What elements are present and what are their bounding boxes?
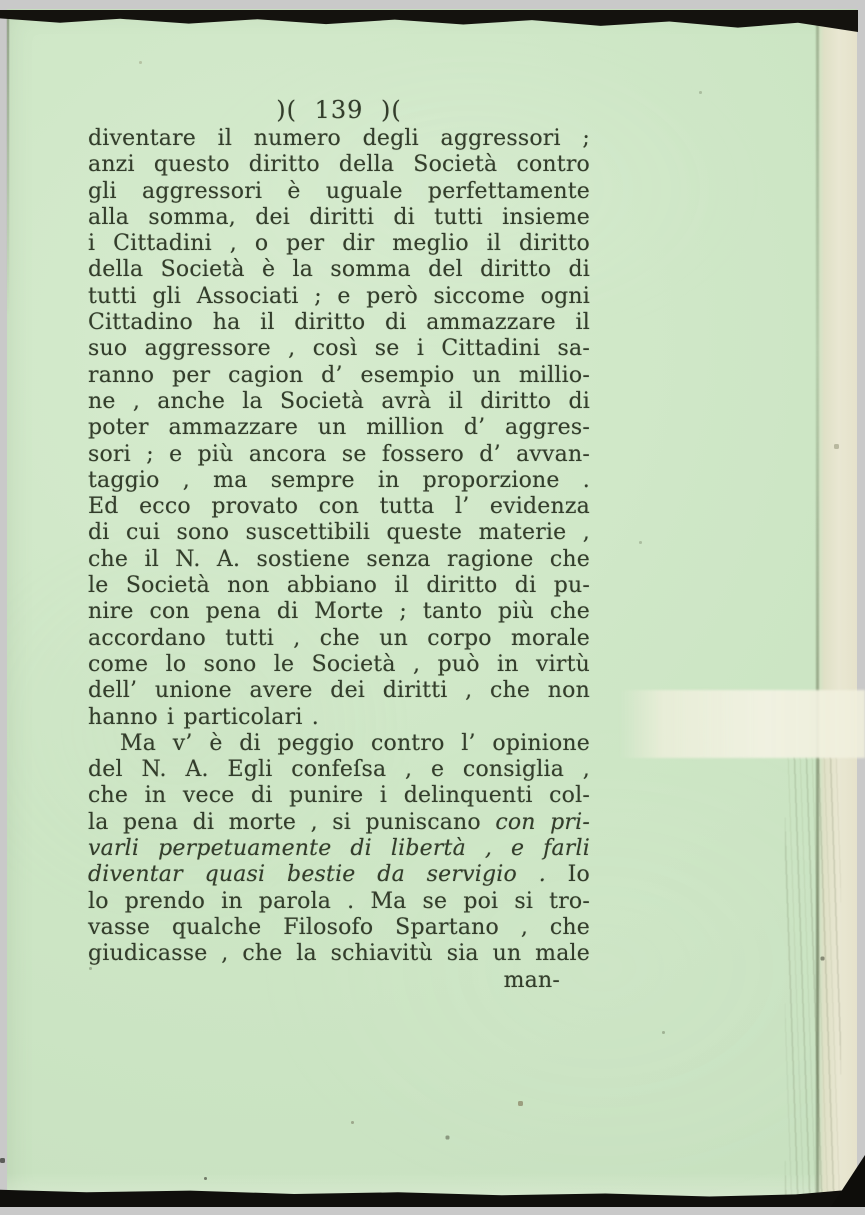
text-line: varli perpetuamente di libertà , e farli — [88, 836, 590, 862]
text-line: ne , anche la Società avrà il diritto di — [88, 389, 590, 415]
text-segment: Io — [546, 862, 590, 887]
italic-text-segment: con pri- — [495, 810, 590, 835]
text-segment: del N. A. Egli confeſsa , e consiglia , — [88, 757, 590, 782]
text-line: accordano tutti , che un corpo morale — [88, 626, 590, 652]
text-line: suo aggressore , così se i Cittadini sa- — [88, 336, 590, 362]
text-segment: vasse qualche Filosofo Spartano , che — [88, 915, 590, 940]
text-line: Ed ecco provato con tutta l’ evidenza — [88, 494, 590, 520]
text-segment: che in vece di punire i delinquenti col- — [88, 783, 590, 808]
text-segment: come lo sono le Società , può in virtù — [88, 652, 590, 677]
text-line: giudicasse , che la schiavitù sia un mal… — [88, 941, 590, 967]
text-line: taggio , ma sempre in proporzione . — [88, 468, 590, 494]
text-segment: man- — [504, 968, 560, 993]
text-line: vasse qualche Filosofo Spartano , che — [88, 915, 590, 941]
italic-text-segment: varli perpetuamente di libertà , e farli — [88, 836, 590, 861]
text-segment: lo prendo in parola . Ma se poi si tro- — [88, 889, 590, 914]
text-segment: i Cittadini , o per dir meglio il diritt… — [88, 231, 590, 256]
page-number: )( 139 )( — [88, 96, 590, 124]
text-segment: diventare il numero degli aggressori ; — [88, 126, 590, 151]
text-line: che in vece di punire i delinquenti col- — [88, 783, 590, 809]
text-segment: ne , anche la Società avrà il diritto di — [88, 389, 590, 414]
text-line: alla somma, dei diritti di tutti insieme — [88, 205, 590, 231]
text-line: come lo sono le Società , può in virtù — [88, 652, 590, 678]
text-segment: Cittadino ha il diritto di ammazzare il — [88, 310, 590, 335]
text-line: che il N. A. sostiene senza ragione che — [88, 547, 590, 573]
text-line: Cittadino ha il diritto di ammazzare il — [88, 310, 590, 336]
text-segment: la pena di morte , si puniscano — [88, 810, 495, 835]
text-line: Ma v’ è di peggio contro l’ opinione — [88, 731, 590, 757]
text-line: diventare il numero degli aggressori ; — [88, 126, 590, 152]
text-segment: le Società non abbiano il diritto di pu- — [88, 573, 590, 598]
text-line: le Società non abbiano il diritto di pu- — [88, 573, 590, 599]
text-segment: alla somma, dei diritti di tutti insieme — [88, 205, 590, 230]
text-line: anzi questo diritto della Società contro — [88, 152, 590, 178]
text-segment: che il N. A. sostiene senza ragione che — [88, 547, 590, 572]
text-line: sori ; e più ancora se fossero d’ avvan- — [88, 442, 590, 468]
text-segment: Ma v’ è di peggio contro l’ opinione — [120, 731, 590, 756]
text-segment: nire con pena di Morte ; tanto più che — [88, 599, 590, 624]
text-line: nire con pena di Morte ; tanto più che — [88, 599, 590, 625]
text-line: ranno per cagion d’ esempio un millio- — [88, 363, 590, 389]
text-segment: taggio , ma sempre in proporzione . — [88, 468, 590, 493]
text-segment: accordano tutti , che un corpo morale — [88, 626, 590, 651]
text-line: man- — [88, 968, 590, 994]
text-segment: anzi questo diritto della Società contro — [88, 152, 590, 177]
text-segment: della Società è la somma del diritto di — [88, 257, 590, 282]
text-line: diventar quasi bestie da servigio . Io — [88, 862, 590, 888]
paper-specks — [0, 0, 1, 1]
text-segment: dell’ unione avere dei diritti , che non — [88, 678, 590, 703]
scanned-book-page: )( 139 )( diventare il numero degli aggr… — [0, 0, 865, 1215]
text-line: poter ammazzare un million d’ aggres- — [88, 415, 590, 441]
light-band-artifact — [618, 690, 865, 758]
italic-text-segment: diventar quasi bestie da servigio . — [88, 862, 546, 887]
text-segment: di cui sono suscettibili queste materie … — [88, 520, 590, 545]
page-text-block: )( 139 )( diventare il numero degli aggr… — [88, 96, 590, 994]
text-line: lo prendo in parola . Ma se poi si tro- — [88, 889, 590, 915]
text-segment: suo aggressore , così se i Cittadini sa- — [88, 336, 590, 361]
text-line: tutti gli Associati ; e però siccome ogn… — [88, 284, 590, 310]
text-segment: tutti gli Associati ; e però siccome ogn… — [88, 284, 590, 309]
text-line: i Cittadini , o per dir meglio il diritt… — [88, 231, 590, 257]
text-segment: ranno per cagion d’ esempio un millio- — [88, 363, 590, 388]
text-lines: diventare il numero degli aggressori ;an… — [88, 126, 590, 994]
text-line: la pena di morte , si puniscano con pri- — [88, 810, 590, 836]
deckled-edge-texture — [785, 757, 841, 1197]
text-line: dell’ unione avere dei diritti , che non — [88, 678, 590, 704]
text-line: della Società è la somma del diritto di — [88, 257, 590, 283]
text-segment: hanno i particolari . — [88, 705, 319, 730]
left-page-edge-shadow — [7, 15, 9, 315]
text-segment: sori ; e più ancora se fossero d’ avvan- — [88, 442, 590, 467]
text-segment: Ed ecco provato con tutta l’ evidenza — [88, 494, 590, 519]
text-segment: gli aggressori è uguale perfettamente — [88, 179, 590, 204]
text-line: di cui sono suscettibili queste materie … — [88, 520, 590, 546]
text-segment: giudicasse , che la schiavitù sia un mal… — [88, 941, 590, 966]
text-line: hanno i particolari . — [88, 705, 590, 731]
text-segment: poter ammazzare un million d’ aggres- — [88, 415, 590, 440]
text-line: gli aggressori è uguale perfettamente — [88, 179, 590, 205]
text-line: del N. A. Egli confeſsa , e consiglia , — [88, 757, 590, 783]
